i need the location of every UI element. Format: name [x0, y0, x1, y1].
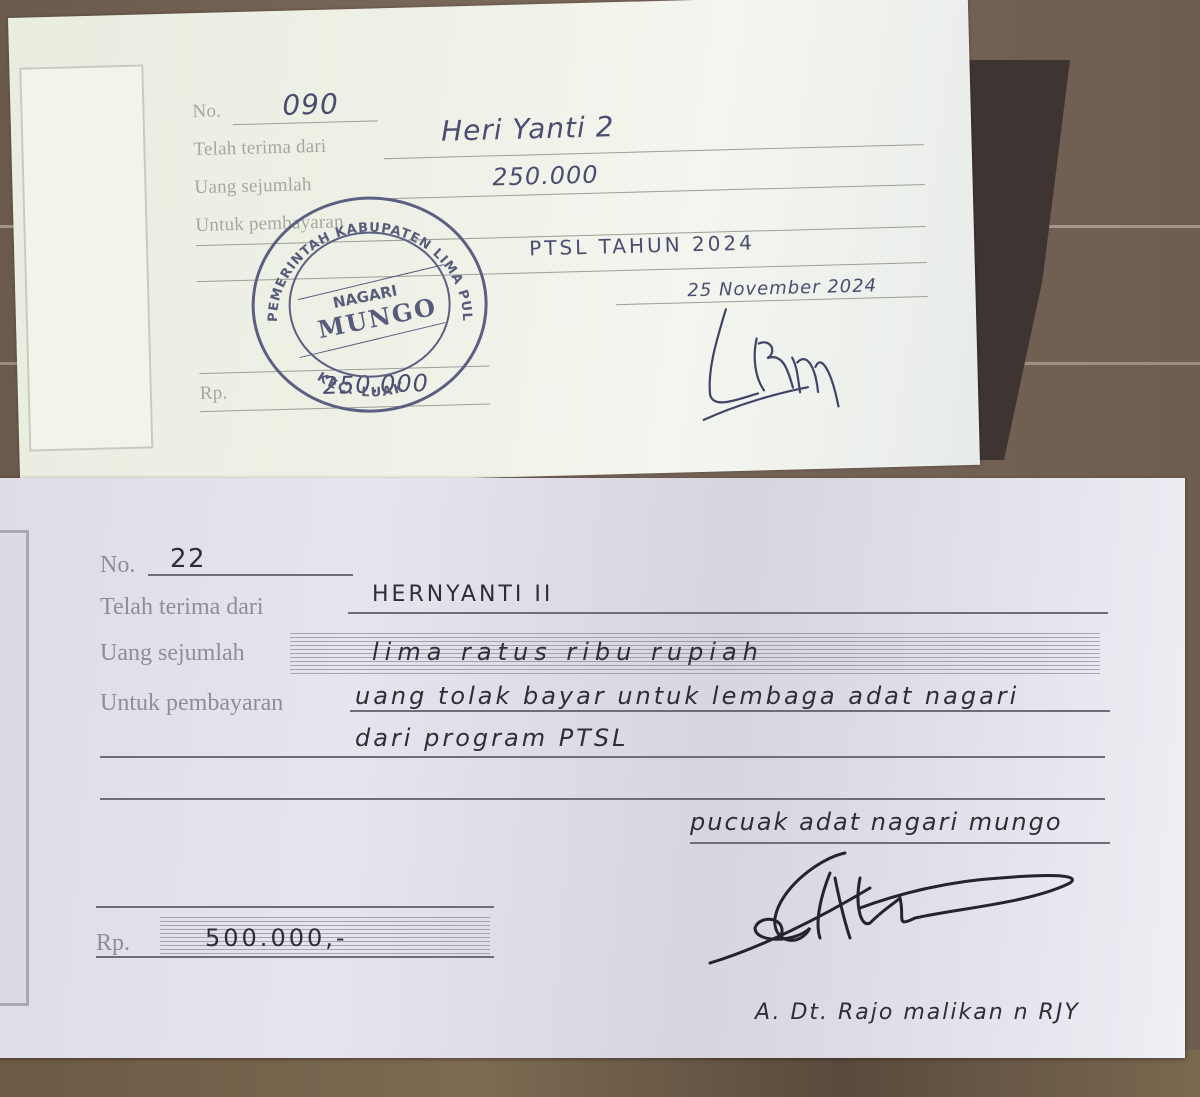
label-for-payment: Untuk pembayaran [100, 690, 283, 717]
value-signer-name: A. Dt. Rajo malikan n RJY [755, 1000, 1080, 1025]
value-amount-words: 250.000 [492, 161, 599, 192]
line-for-payment-3 [100, 798, 1105, 800]
label-amount-words: Uang sejumlah [100, 640, 245, 667]
label-no: No. [192, 100, 221, 123]
label-rp: Rp. [96, 930, 130, 957]
receipt-top: No. 090 Telah terima dari Heri Yanti 2 U… [8, 0, 980, 490]
label-received-from: Telah terima dari [193, 136, 326, 161]
value-received-from: HERNYANTI II [372, 582, 553, 607]
signature-top [696, 296, 849, 430]
value-for-payment: PTSL TAHUN 2024 [529, 231, 755, 261]
label-no: No. [100, 552, 135, 579]
label-rp: Rp. [200, 382, 228, 405]
line-received-from [348, 612, 1108, 614]
line-rp-top [96, 906, 494, 908]
line-no [148, 574, 353, 576]
signature-bottom [700, 848, 1100, 978]
value-for-payment-line1: uang tolak bayar untuk lembaga adat naga… [355, 682, 1019, 710]
label-received-from: Telah terima dari [100, 594, 264, 621]
line-for-payment-1 [350, 710, 1110, 712]
value-amount-words: lima ratus ribu rupiah [372, 638, 764, 666]
value-no: 22 [170, 544, 206, 574]
label-amount-words: Uang sejumlah [194, 174, 312, 199]
receipt-stub [19, 64, 153, 451]
official-stamp: PEMERINTAH KABUPATEN LIMA PULUH KOTA KEC… [249, 194, 491, 416]
receipt-stub [0, 530, 29, 1006]
value-received-from: Heri Yanti 2 [441, 110, 615, 148]
value-signer-title: pucuak adat nagari mungo [690, 808, 1063, 836]
receipt-bottom: No. 22 Telah terima dari HERNYANTI II Ua… [0, 478, 1185, 1058]
value-for-payment-line2: dari program PTSL [355, 724, 628, 752]
line-rp-bottom [96, 956, 494, 958]
line-signer-title [690, 842, 1110, 844]
value-rp: 500.000,- [205, 924, 348, 952]
value-no: 090 [282, 87, 339, 121]
line-for-payment-2 [100, 756, 1105, 758]
